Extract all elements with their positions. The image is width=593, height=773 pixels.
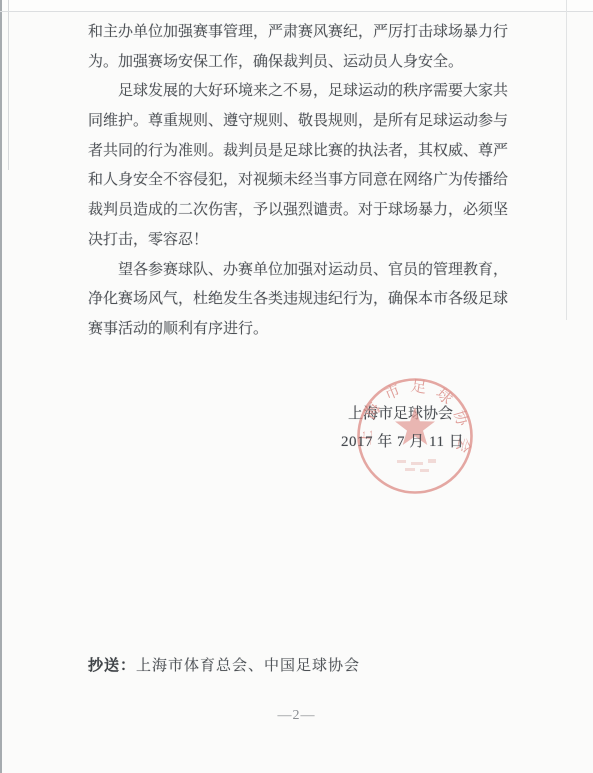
body-line: 足球发展的大好环境来之不易，足球运动的秩序需要大家共 (88, 77, 508, 107)
scanned-document-page: { "doc": { "lines": [ "和主办单位加强赛事管理，严肃赛风赛… (0, 0, 593, 773)
body-line: 者共同的行为准则。裁判员是足球比赛的执法者，其权威、尊严 (88, 137, 508, 167)
page-number: —2— (0, 708, 593, 724)
seal-faint-marks (397, 459, 436, 472)
body-line: 和主办单位加强赛事管理，严肃赛风赛纪，严厉打击球场暴力行 (88, 18, 508, 48)
body-line: 和人身安全不容侵犯，对视频未经当事方同意在网络广为传播给 (88, 166, 508, 196)
body-line: 为。加强赛场安保工作，确保裁判员、运动员人身安全。 (88, 48, 508, 78)
cc-label: 抄送： (88, 658, 136, 674)
body-line: 望各参赛球队、办赛单位加强对运动员、官员的管理教育， (88, 256, 508, 286)
document-body: 和主办单位加强赛事管理，严肃赛风赛纪，严厉打击球场暴力行 为。加强赛场安保工作，… (88, 18, 508, 345)
body-line: 决打击，零容忍！ (88, 226, 508, 256)
scan-top-margin (0, 0, 593, 11)
scan-line-left (8, 0, 9, 170)
body-line: 裁判员造成的二次伤害，予以强烈谴责。对于球场暴力，必须坚 (88, 196, 508, 226)
cc-line: 抄送：上海市体育总会、中国足球协会 (88, 654, 360, 675)
body-line: 净化赛场风气，杜绝发生各类违规违纪行为，确保本市各级足球 (88, 285, 508, 315)
body-line: 同维护。尊重规则、遵守规则、敬畏规则，是所有足球运动参与 (88, 107, 508, 137)
body-line: 赛事活动的顺利有序进行。 (88, 315, 508, 345)
cc-recipients: 上海市体育总会、中国足球协会 (136, 658, 360, 674)
scan-line-right (566, 0, 567, 320)
page-left-edge (0, 0, 2, 773)
signature-date: 2017 年 7 月 11 日 (341, 430, 471, 451)
scan-line-top (0, 11, 593, 12)
